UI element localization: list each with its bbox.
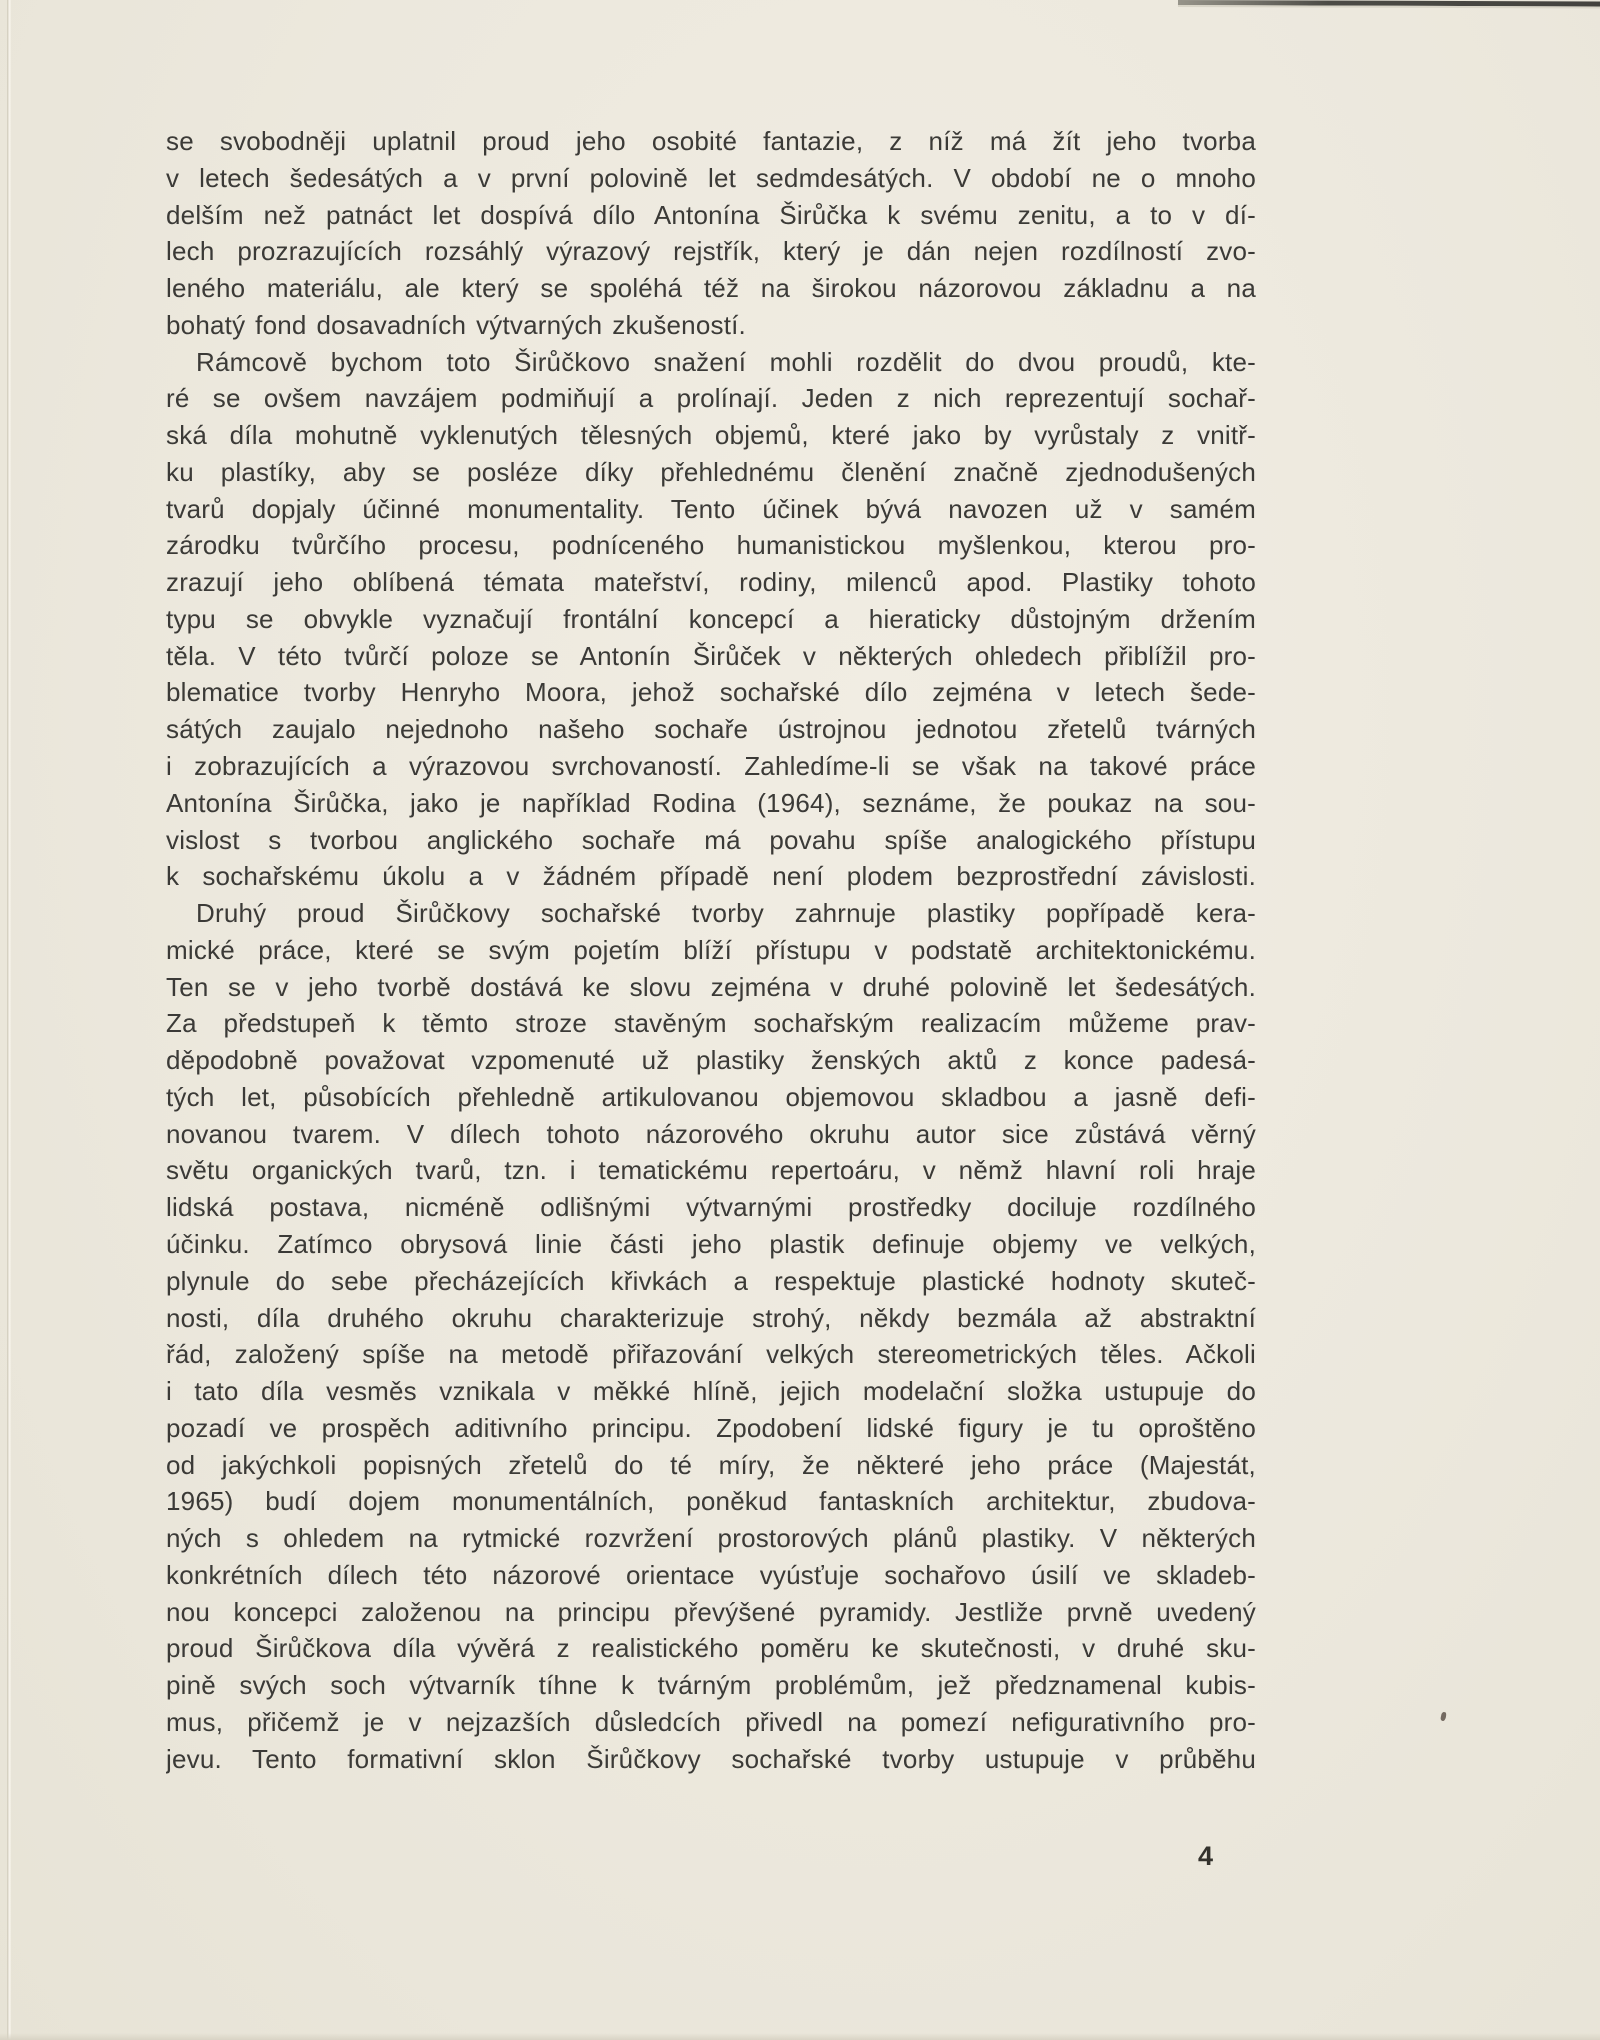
- text-line: nosti, díla druhého okruhu charakterizuj…: [166, 1300, 1256, 1337]
- text-line: mické práce, které se svým pojetím blíží…: [166, 932, 1256, 969]
- text-line: jevu. Tento formativní sklon Širůčkovy s…: [166, 1741, 1256, 1778]
- text-line: tvarů dopjaly účinné monumentality. Tent…: [166, 491, 1256, 528]
- text-line: i tato díla vesměs vznikala v měkké hlín…: [166, 1373, 1256, 1410]
- text-line: ku plastíky, aby se posléze díky přehled…: [166, 454, 1256, 491]
- text-line: v letech šedesátých a v první polovině l…: [166, 160, 1256, 197]
- text-line: 1965) budí dojem monumentálních, poněkud…: [166, 1483, 1256, 1520]
- text-line: konkrétních dílech této názorové orienta…: [166, 1557, 1256, 1594]
- text-line: ných s ohledem na rytmické rozvržení pro…: [166, 1520, 1256, 1557]
- text-line: těla. V této tvůrčí poloze se Antonín Ši…: [166, 638, 1256, 675]
- text-line: Za předstupeň k těmto stroze stavěným so…: [166, 1005, 1256, 1042]
- paragraph: Rámcově bychom toto Širůčkovo snažení mo…: [166, 344, 1256, 895]
- text-line: delším než patnáct let dospívá dílo Anto…: [166, 197, 1256, 234]
- text-line: vislost s tvorbou anglického sochaře má …: [166, 822, 1256, 859]
- text-line: plynule do sebe přecházejících křivkách …: [166, 1263, 1256, 1300]
- text-line: světu organických tvarů, tzn. i tematick…: [166, 1152, 1256, 1189]
- text-line: lech prozrazujících rozsáhlý výrazový re…: [166, 233, 1256, 270]
- ink-speck: [1440, 1712, 1447, 1722]
- paragraph: Druhý proud Širůčkovy sochařské tvorby z…: [166, 895, 1256, 1777]
- text-line: blematice tvorby Henryho Moora, jehož so…: [166, 674, 1256, 711]
- body-text-block: se svobodněji uplatnil proud jeho osobit…: [166, 123, 1256, 1777]
- text-line: leného materiálu, ale který se spoléhá t…: [166, 270, 1256, 307]
- text-line: účinku. Zatímco obrysová linie části jeh…: [166, 1226, 1256, 1263]
- text-line: ré se ovšem navzájem podmiňují a prolína…: [166, 380, 1256, 417]
- text-line: pině svých soch výtvarník tíhne k tvárný…: [166, 1667, 1256, 1704]
- text-line: nou koncepci založenou na principu převý…: [166, 1594, 1256, 1631]
- text-line: i zobrazujících a výrazovou svrchovanost…: [166, 748, 1256, 785]
- scan-bottom-edge: [0, 2033, 1600, 2040]
- text-line: bohatý fond dosavadních výtvarných zkuše…: [166, 307, 1256, 344]
- text-line: zárodku tvůrčího procesu, podníceného hu…: [166, 527, 1256, 564]
- text-line: k sochařskému úkolu a v žádném případě n…: [166, 858, 1256, 895]
- text-line: Ten se v jeho tvorbě dostává ke slovu ze…: [166, 969, 1256, 1006]
- text-line: Antonína Širůčka, jako je například Rodi…: [166, 785, 1256, 822]
- scanned-book-page: se svobodněji uplatnil proud jeho osobit…: [0, 0, 1600, 2040]
- text-line: sátých zaujalo nejednoho našeho sochaře …: [166, 711, 1256, 748]
- text-line: Rámcově bychom toto Širůčkovo snažení mo…: [166, 344, 1256, 381]
- text-line: děpodobně považovat vzpomenuté už plasti…: [166, 1042, 1256, 1079]
- page-left-edge-crease: [7, 0, 11, 2040]
- text-line: řád, založený spíše na metodě přiřazován…: [166, 1336, 1256, 1373]
- text-line: novanou tvarem. V dílech tohoto názorové…: [166, 1116, 1256, 1153]
- text-line: pozadí ve prospěch aditivního principu. …: [166, 1410, 1256, 1447]
- text-line: lidská postava, nicméně odlišnými výtvar…: [166, 1189, 1256, 1226]
- text-line: zrazují jeho oblíbená témata mateřství, …: [166, 564, 1256, 601]
- text-line: typu se obvykle vyznačují frontální konc…: [166, 601, 1256, 638]
- text-line: tých let, působících přehledně artikulov…: [166, 1079, 1256, 1116]
- text-line: mus, přičemž je v nejzazších důsledcích …: [166, 1704, 1256, 1741]
- text-line: se svobodněji uplatnil proud jeho osobit…: [166, 123, 1256, 160]
- text-line: od jakýchkoli popisných zřetelů do té mí…: [166, 1447, 1256, 1484]
- scan-dark-edge: [1178, 0, 1600, 9]
- page-number: 4: [1198, 1841, 1214, 1872]
- text-line: ská díla mohutně vyklenutých tělesných o…: [166, 417, 1256, 454]
- paragraph: se svobodněji uplatnil proud jeho osobit…: [166, 123, 1256, 344]
- text-line: proud Širůčkova díla vývěrá z realistick…: [166, 1630, 1256, 1667]
- text-line: Druhý proud Širůčkovy sochařské tvorby z…: [166, 895, 1256, 932]
